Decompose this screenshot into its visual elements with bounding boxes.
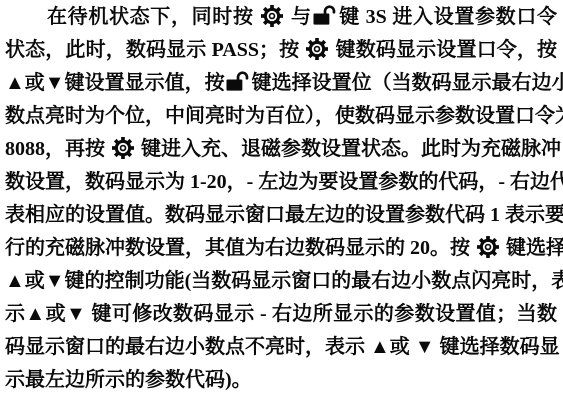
manual-page: 在待机状态下，同时按 与 键 3S 进入设置参数口令状态，此时，数码显示 PAS… [0, 0, 563, 398]
text-run: ▲或▼键的控制功能(当数码显示窗口的最右边小数点闪亮时，表 [5, 270, 563, 292]
text-line: 表相应的设置值。数码显示窗口最左边的设置参数代码 1 表示要进 [5, 199, 557, 232]
text-line: 数设置，数码显示为 1-20，- 左边为要设置参数的代码，- 右边代 [5, 166, 557, 199]
text-line: 码显示窗口的最右边小数点不亮时，表示 ▲或 ▼ 键选择数码显 [5, 331, 557, 364]
text-run: 数点亮时为个位，中间亮时为百位），使数码显示参数设置口令为 [5, 105, 563, 127]
text-run: 在待机状态下，同时按 [47, 6, 259, 28]
text-run: 键数码显示设置口令，按 [330, 39, 557, 61]
text-run: 键 3S 进入设置参数口令 [339, 6, 557, 28]
text-line: ▲或▼键的控制功能(当数码显示窗口的最右边小数点闪亮时，表 [5, 265, 557, 298]
text-line: ▲或▼键设置显示值，按 键选择设置位（当数码显示最右边小 [5, 67, 557, 100]
text-line: 示▲或▼ 键可修改数码显示 - 右边所显示的参数设置值；当数 [5, 298, 557, 331]
text-line: 行的充磁脉冲数设置，其值为右边数码显示的 20。按 键选择 [5, 232, 557, 265]
gear-icon [477, 236, 499, 258]
text-line: 数点亮时为个位，中间亮时为百位），使数码显示参数设置口令为 [5, 100, 557, 133]
text-run: 行的充磁脉冲数设置，其值为右边数码显示的 20。按 [5, 237, 475, 259]
gear-icon [112, 137, 134, 159]
manual-paragraph: 在待机状态下，同时按 与 键 3S 进入设置参数口令状态，此时，数码显示 PAS… [5, 1, 557, 397]
text-run: 与 [285, 6, 311, 28]
text-run: ▲或▼键设置显示值，按 [5, 72, 225, 94]
text-run: 键选择设置位（当数码显示最右边小 [252, 72, 563, 94]
text-run: 码显示窗口的最右边小数点不亮时，表示 ▲或 ▼ 键选择数码显 [5, 336, 560, 358]
text-line: 在待机状态下，同时按 与 键 3S 进入设置参数口令 [5, 1, 557, 34]
text-run: 示▲或▼ 键可修改数码显示 - 右边所显示的参数设置值；当数 [5, 303, 557, 325]
text-run: 数设置，数码显示为 1-20，- 左边为要设置参数的代码，- 右边代 [5, 171, 563, 193]
gear-icon [306, 38, 328, 60]
text-run: 状态，此时，数码显示 PASS；按 [5, 39, 304, 61]
text-line: 状态，此时，数码显示 PASS；按 键数码显示设置口令，按 [5, 34, 557, 67]
unlock-icon [226, 70, 251, 92]
text-run: 表相应的设置值。数码显示窗口最左边的设置参数代码 1 表示要进 [5, 204, 563, 226]
text-line: 8088，再按 键进入充、退磁参数设置状态。此时为充磁脉冲 [5, 133, 557, 166]
gear-icon [261, 5, 283, 27]
text-line: 示最左边所示的参数代码)。 [5, 364, 557, 397]
text-run: 键进入充、退磁参数设置状态。此时为充磁脉冲 [136, 138, 561, 160]
text-run: 示最左边所示的参数代码)。 [5, 369, 252, 391]
text-run: 8088，再按 [5, 138, 110, 160]
text-run: 键选择 [501, 237, 563, 259]
unlock-icon [313, 4, 338, 26]
